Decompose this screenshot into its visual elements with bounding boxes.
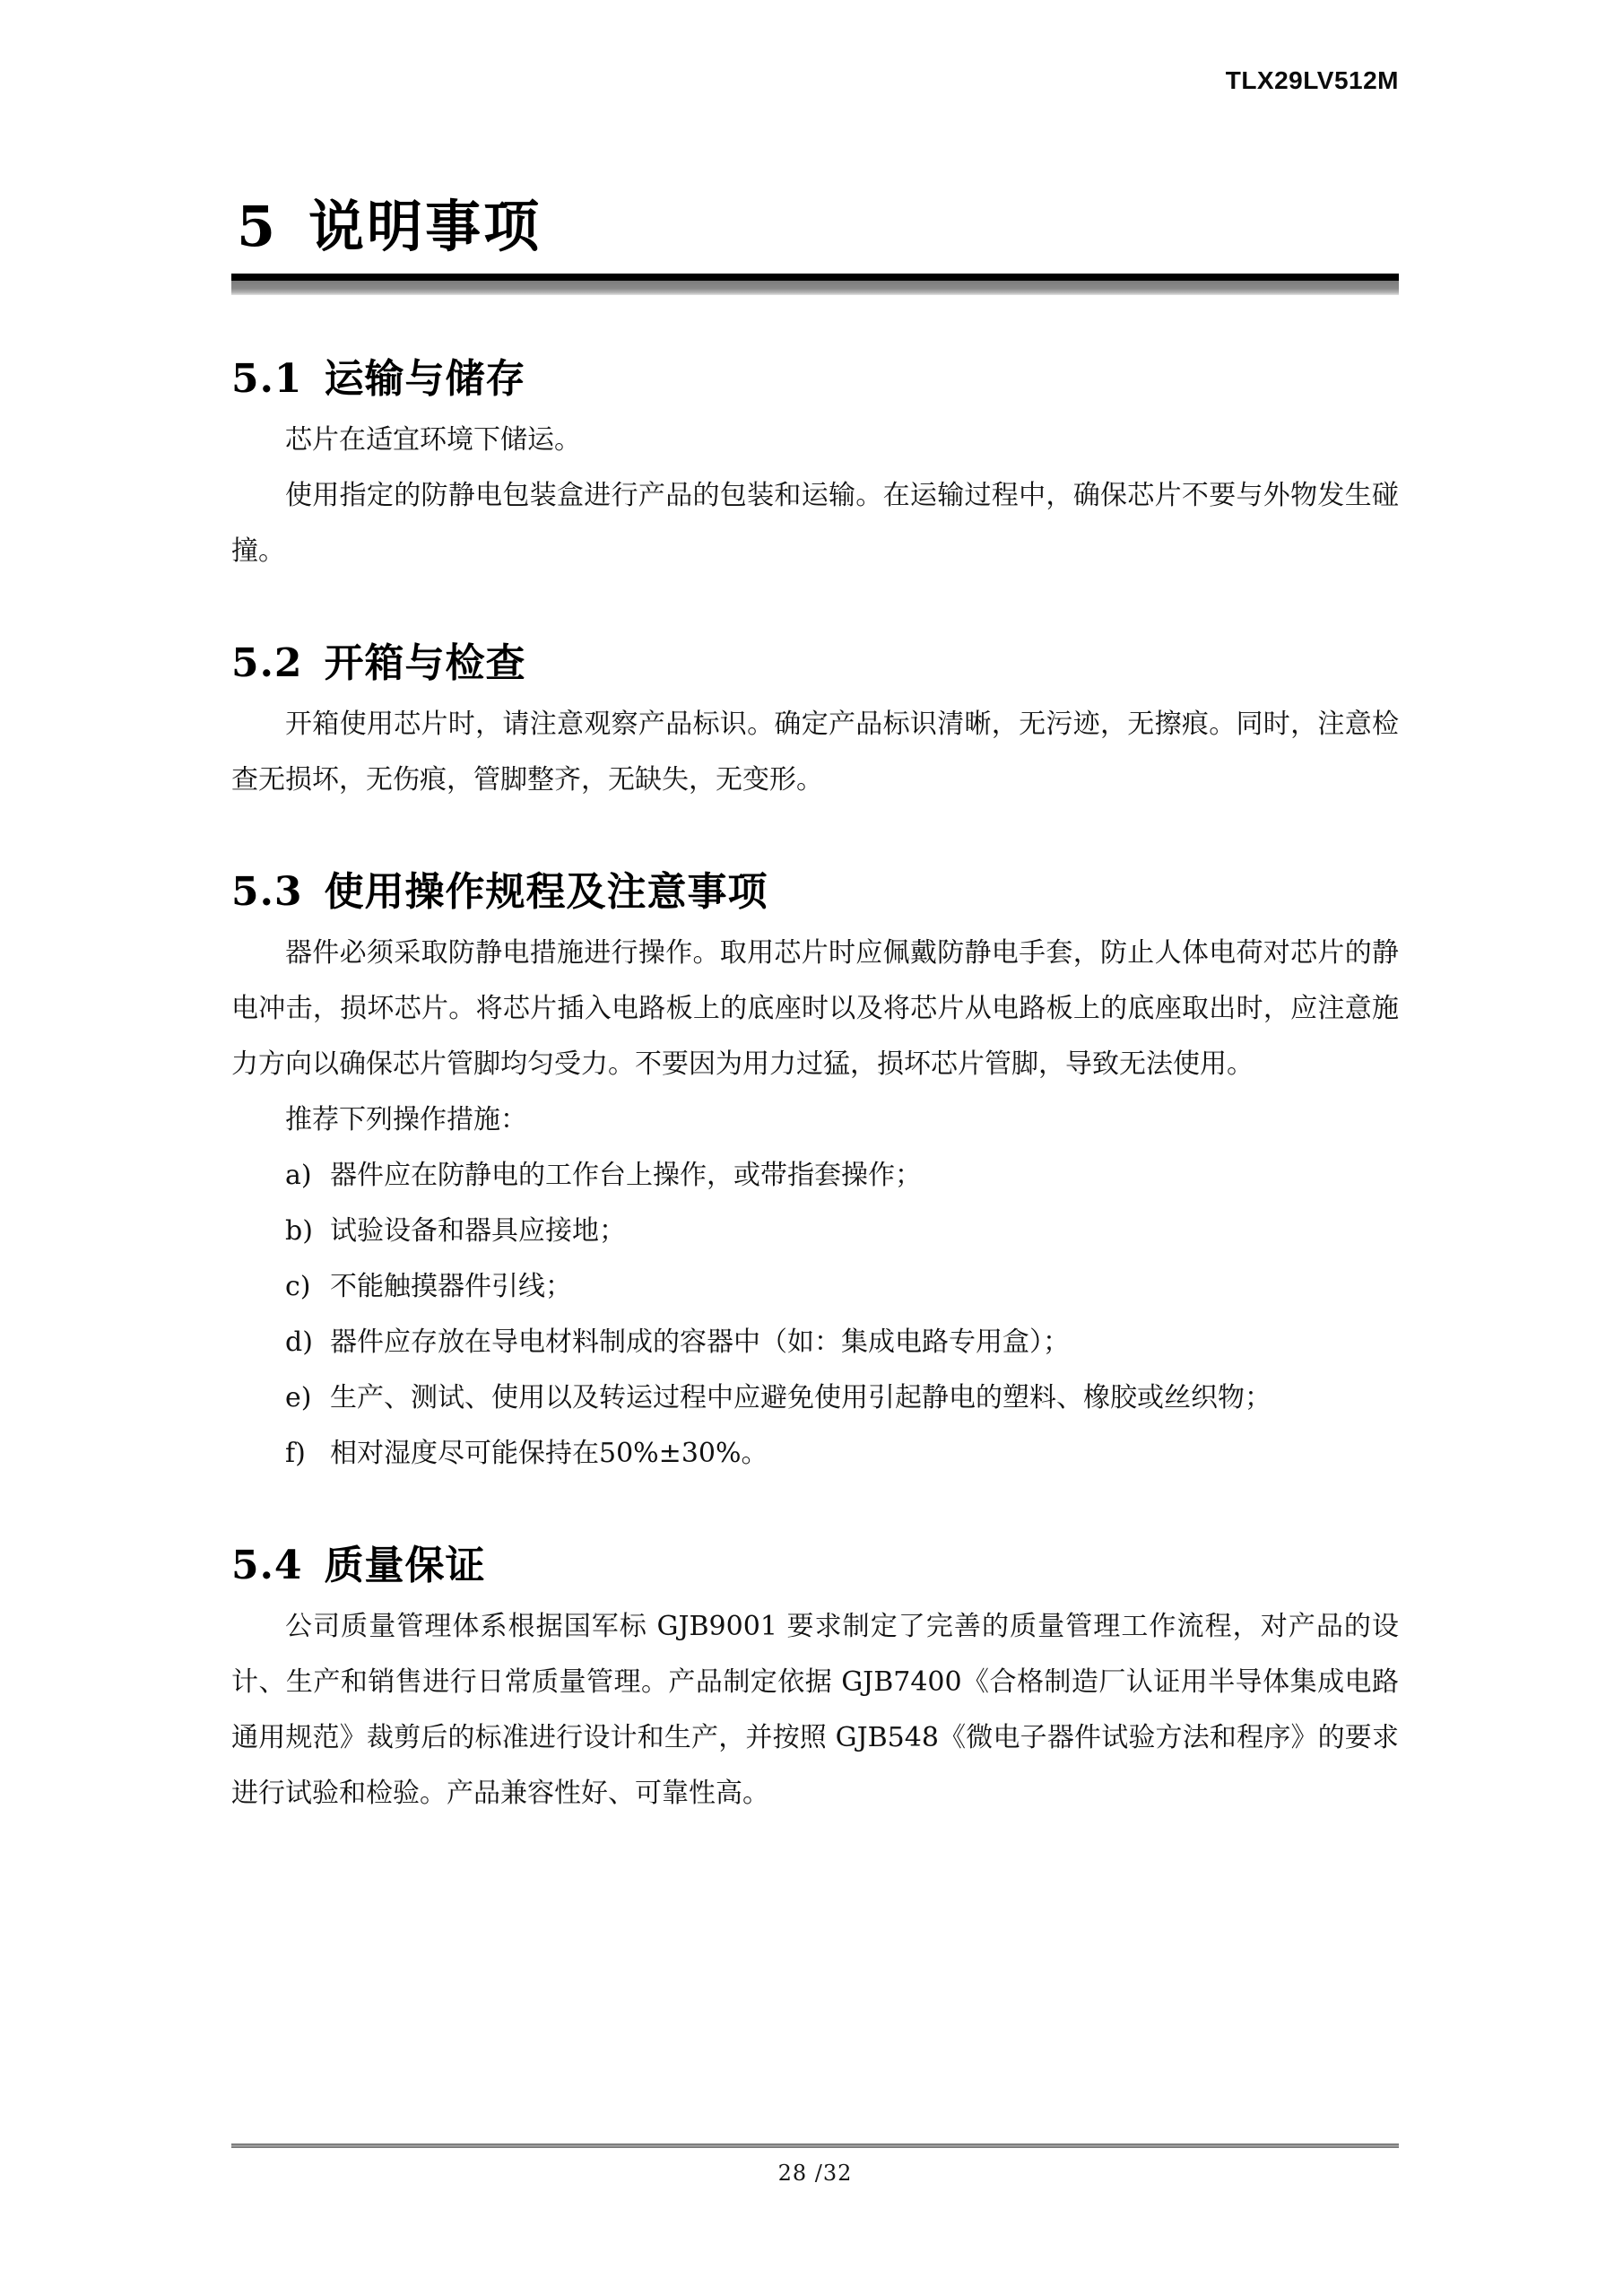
section-number: 5.3 — [231, 869, 303, 915]
list-marker: a) — [285, 1148, 330, 1204]
section-heading: 5.4质量保证 — [231, 1543, 1399, 1590]
paragraph: 公司质量管理体系根据国军标 GJB9001 要求制定了完善的质量管理工作流程，对… — [231, 1599, 1399, 1822]
section-title: 质量保证 — [325, 1543, 486, 1588]
footer-rule — [231, 2144, 1399, 2148]
list-text: 试验设备和器具应接地； — [330, 1215, 626, 1247]
list-item: f)相对湿度尽可能保持在50%±30%。 — [231, 1426, 1399, 1482]
list-marker: f) — [285, 1426, 330, 1482]
list-marker: e) — [285, 1370, 330, 1426]
paragraph: 芯片在适宜环境下储运。 — [231, 413, 1399, 468]
section-number: 5.4 — [231, 1543, 303, 1588]
list-marker: b) — [285, 1204, 330, 1259]
page-number: 28 /32 — [231, 2161, 1399, 2186]
paragraph: 使用指定的防静电包装盒进行产品的包装和运输。在运输过程中，确保芯片不要与外物发生… — [231, 468, 1399, 579]
list-item: a)器件应在防静电的工作台上操作，或带指套操作； — [231, 1148, 1399, 1204]
chapter-heading: 5说明事项 — [237, 196, 1399, 257]
list-marker: c) — [285, 1259, 330, 1315]
list-text: 相对湿度尽可能保持在50%±30%。 — [330, 1438, 768, 1469]
list-item: d)器件应存放在导电材料制成的容器中（如：集成电路专用盒）； — [231, 1315, 1399, 1370]
section-heading: 5.2开箱与检查 — [231, 640, 1399, 688]
document-header: TLX29LV512M — [231, 66, 1399, 95]
section-number: 5.2 — [231, 640, 303, 686]
list-item: b)试验设备和器具应接地； — [231, 1204, 1399, 1259]
paragraph: 器件必须采取防静电措施进行操作。取用芯片时应佩戴防静电手套，防止人体电荷对芯片的… — [231, 926, 1399, 1092]
measures-list: a)器件应在防静电的工作台上操作，或带指套操作； b)试验设备和器具应接地； c… — [231, 1148, 1399, 1482]
rule-black — [231, 274, 1399, 281]
section-quality-assurance: 5.4质量保证 公司质量管理体系根据国军标 GJB9001 要求制定了完善的质量… — [231, 1543, 1399, 1822]
list-text: 器件应在防静电的工作台上操作，或带指套操作； — [330, 1160, 922, 1191]
chapter-title-rule — [231, 274, 1399, 295]
list-text: 器件应存放在导电材料制成的容器中（如：集成电路专用盒）； — [330, 1326, 1070, 1358]
section-title: 开箱与检查 — [325, 640, 526, 686]
section-operating-procedures: 5.3使用操作规程及注意事项 器件必须采取防静电措施进行操作。取用芯片时应佩戴防… — [231, 869, 1399, 1482]
list-text: 不能触摸器件引线； — [330, 1271, 572, 1302]
section-transport-storage: 5.1运输与储存 芯片在适宜环境下储运。 使用指定的防静电包装盒进行产品的包装和… — [231, 356, 1399, 579]
paragraph: 推荐下列操作措施： — [231, 1092, 1399, 1148]
document-number: TLX29LV512M — [1226, 66, 1399, 94]
list-item: e)生产、测试、使用以及转运过程中应避免使用引起静电的塑料、橡胶或丝织物； — [231, 1370, 1399, 1426]
section-title: 使用操作规程及注意事项 — [325, 869, 768, 915]
document-page: TLX29LV512M 5说明事项 5.1运输与储存 芯片在适宜环境下储运。 使… — [0, 0, 1623, 2296]
section-heading: 5.3使用操作规程及注意事项 — [231, 869, 1399, 917]
document-content: 5说明事项 5.1运输与储存 芯片在适宜环境下储运。 使用指定的防静电包装盒进行… — [231, 196, 1399, 1822]
chapter-title: 说明事项 — [308, 194, 542, 259]
list-text: 生产、测试、使用以及转运过程中应避免使用引起静电的塑料、橡胶或丝织物； — [330, 1382, 1271, 1413]
section-title: 运输与储存 — [325, 356, 526, 402]
chapter-number: 5 — [237, 194, 278, 259]
rule-gray — [231, 281, 1399, 295]
list-item: c)不能触摸器件引线； — [231, 1259, 1399, 1315]
list-marker: d) — [285, 1315, 330, 1370]
section-heading: 5.1运输与储存 — [231, 356, 1399, 404]
section-number: 5.1 — [231, 356, 303, 402]
paragraph: 开箱使用芯片时，请注意观察产品标识。确定产品标识清晰，无污迹，无擦痕。同时，注意… — [231, 697, 1399, 808]
page-footer: 28 /32 — [231, 2144, 1399, 2186]
section-unpacking-inspection: 5.2开箱与检查 开箱使用芯片时，请注意观察产品标识。确定产品标识清晰，无污迹，… — [231, 640, 1399, 808]
